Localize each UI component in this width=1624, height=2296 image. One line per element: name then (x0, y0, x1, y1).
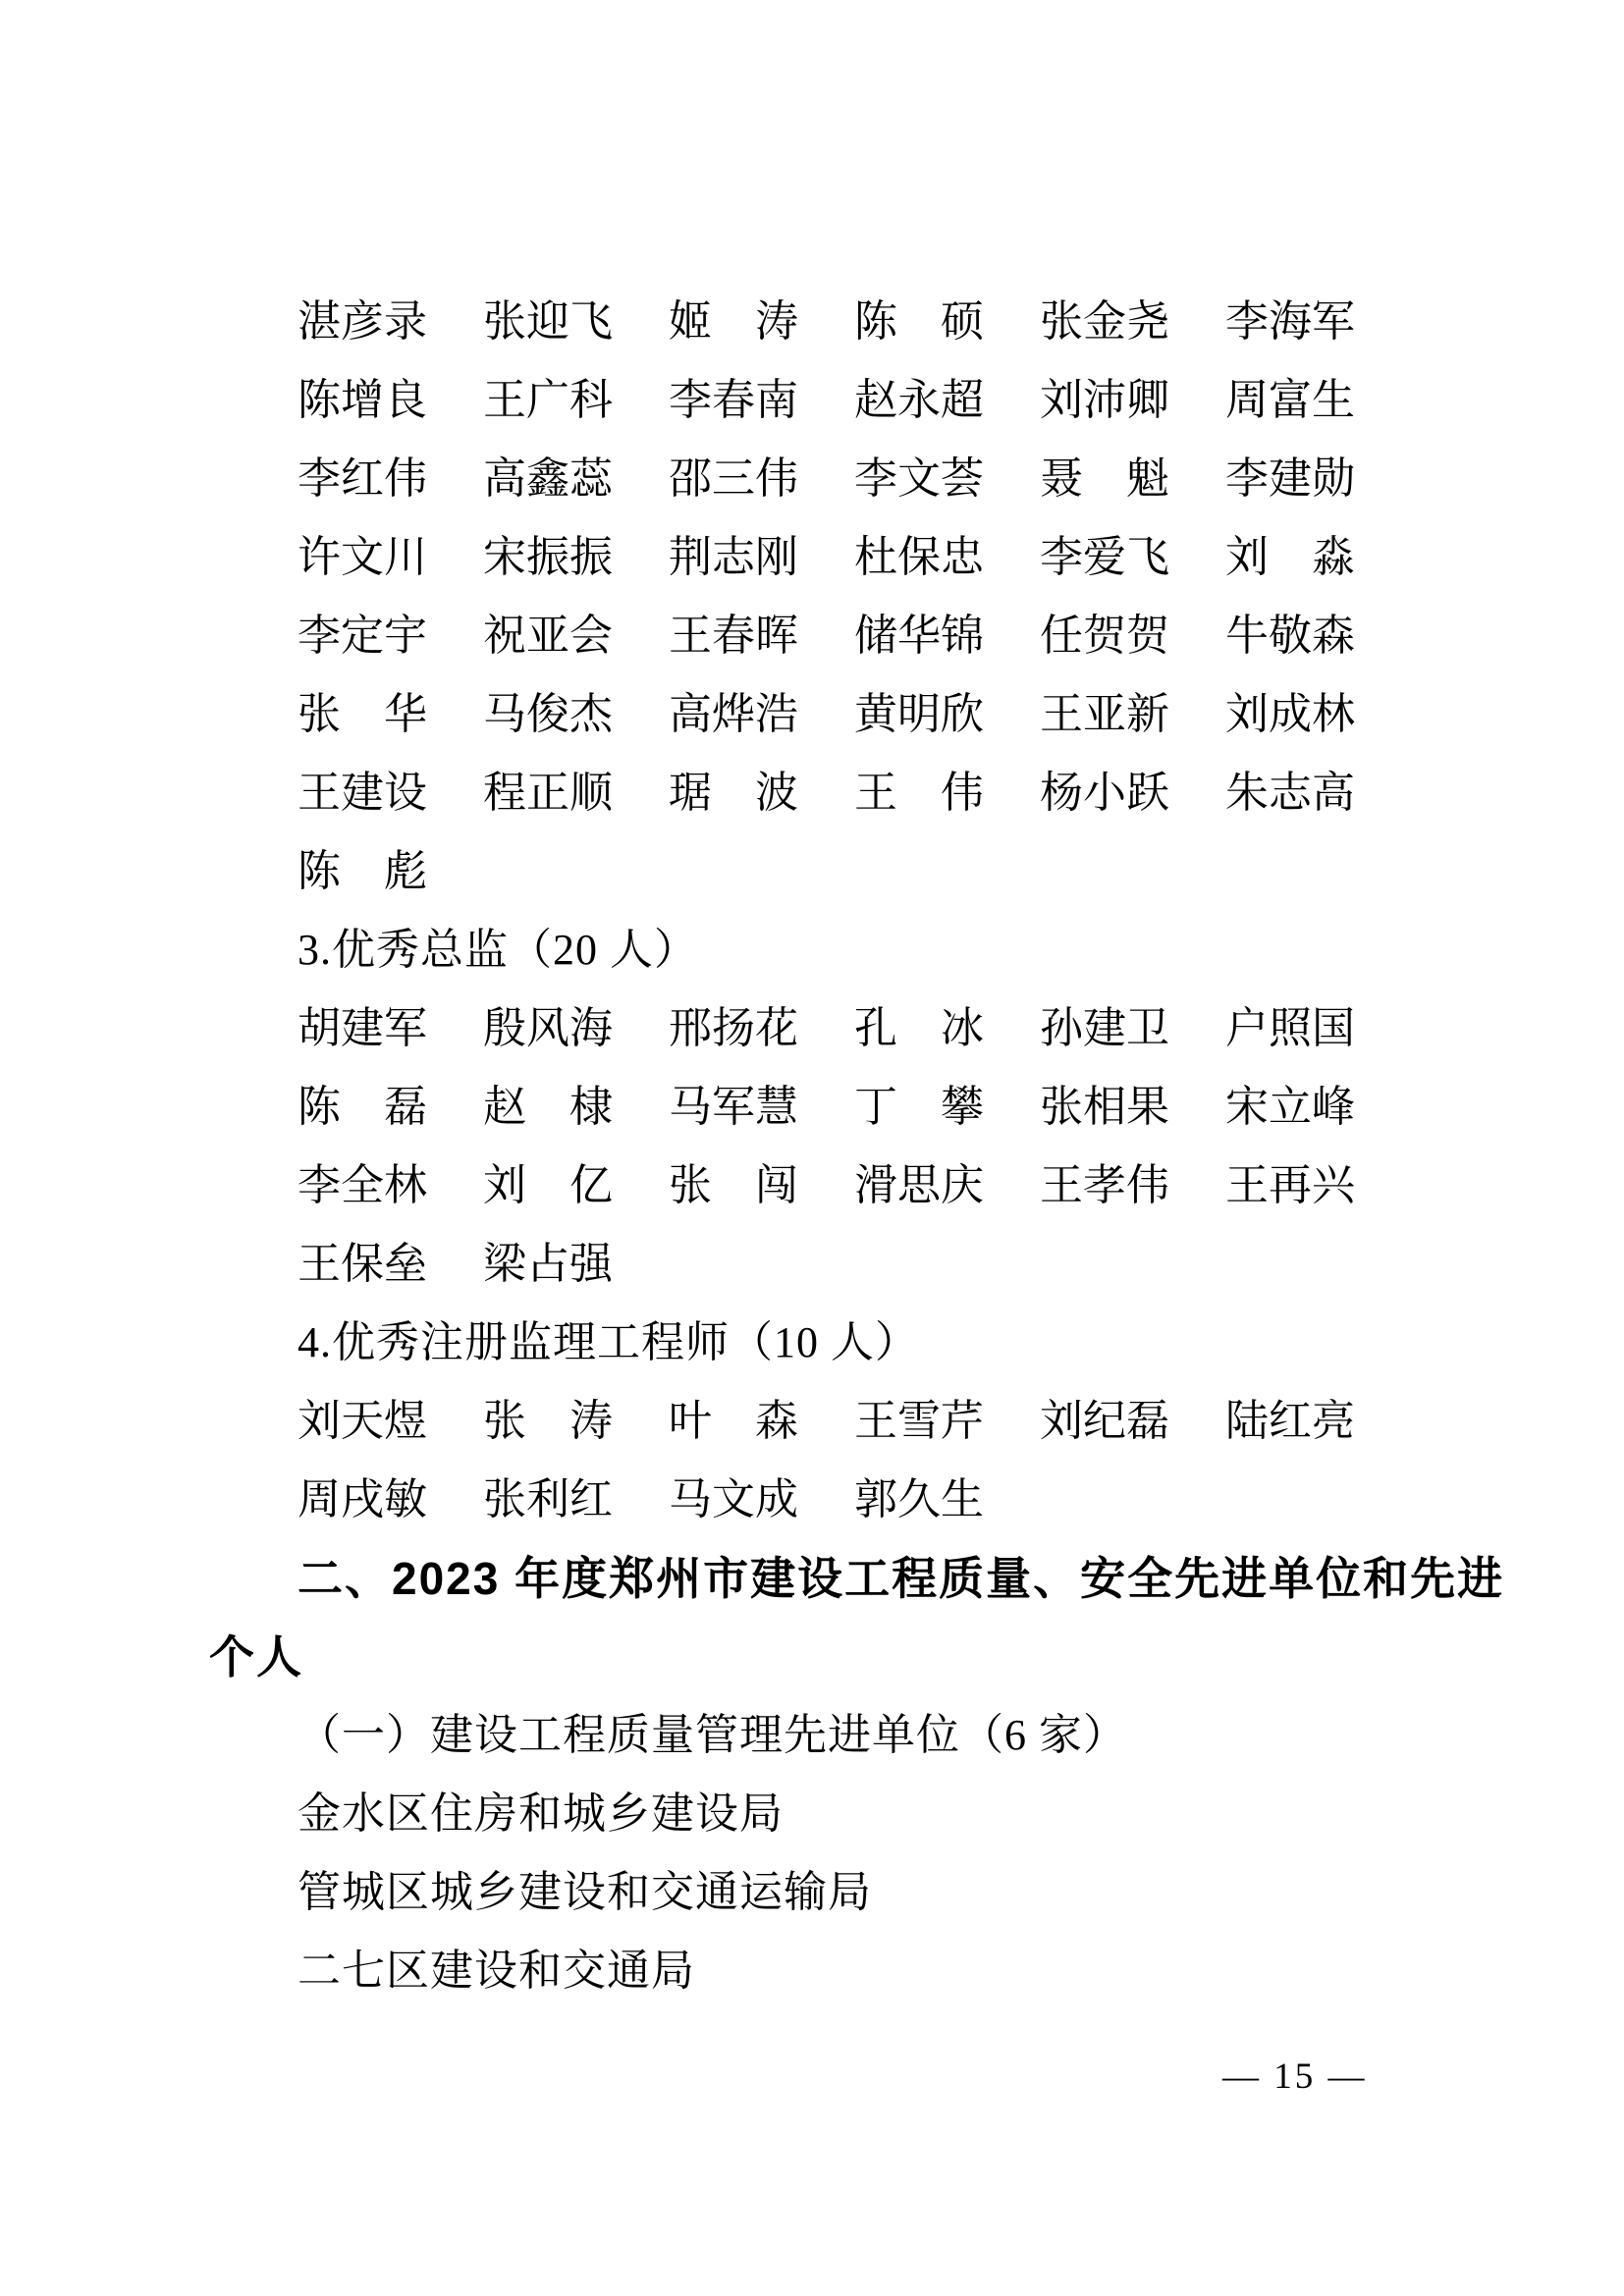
name-row: 张 华 马俊杰 高烨浩 黄明欣 王亚新 刘成林 (209, 675, 1428, 754)
name-row: 李全林 刘 亿 张 闯 滑思庆 王孝伟 王再兴 (209, 1147, 1428, 1225)
person-name: 王保垒 (298, 1225, 435, 1304)
person-name: 宋振振 (483, 518, 621, 597)
section-two-heading-line2: 个人 (209, 1618, 1428, 1696)
person-name: 张 华 (298, 675, 435, 754)
name-row: 湛彦录 张迎飞 姬 涛 陈 硕 张金尧 李海军 (209, 283, 1428, 361)
person-name: 高烨浩 (669, 675, 806, 754)
person-name: 孙建卫 (1040, 989, 1177, 1068)
name-row: 王建设 程正顺 琚 波 王 伟 杨小跃 朱志高 (209, 754, 1428, 832)
person-name: 马俊杰 (483, 675, 621, 754)
person-name: 琚 波 (669, 754, 806, 832)
person-name: 荆志刚 (669, 518, 806, 597)
person-name: 王亚新 (1040, 675, 1177, 754)
person-name: 陈 磊 (298, 1068, 435, 1147)
person-name: 王雪芹 (854, 1382, 992, 1461)
person-name: 刘天煜 (298, 1382, 435, 1461)
section-two-heading-line1: 二、2023 年度郑州市建设工程质量、安全先进单位和先进 (209, 1539, 1428, 1618)
section-heading-registered-engineers: 4.优秀注册监理工程师（10 人） (209, 1304, 1428, 1382)
person-name: 李文荟 (854, 440, 992, 518)
person-name: 牛敬森 (1225, 597, 1363, 675)
person-name: 储华锦 (854, 597, 992, 675)
person-name: 张 涛 (483, 1382, 621, 1461)
person-name: 赵 棣 (483, 1068, 621, 1147)
person-name: 陈 硕 (854, 283, 992, 361)
person-name: 刘纪磊 (1040, 1382, 1177, 1461)
person-name: 祝亚会 (483, 597, 621, 675)
name-row: 王保垒 梁占强 (209, 1225, 1428, 1304)
person-name: 赵永超 (854, 361, 992, 440)
person-name: 杨小跃 (1040, 754, 1177, 832)
person-name: 郭久生 (854, 1461, 992, 1539)
person-name: 邢扬花 (669, 989, 806, 1068)
person-name: 张迎飞 (483, 283, 621, 361)
subsection-heading-quality-units: （一）建设工程质量管理先进单位（6 家） (209, 1696, 1428, 1775)
name-row: 陈 彪 (209, 832, 1428, 911)
person-name: 孔 冰 (854, 989, 992, 1068)
person-name: 户照国 (1225, 989, 1363, 1068)
person-name: 叶 森 (669, 1382, 806, 1461)
person-name: 宋立峰 (1225, 1068, 1363, 1147)
person-name: 李海军 (1225, 283, 1363, 361)
person-name: 张 闯 (669, 1147, 806, 1225)
person-name: 丁 攀 (854, 1068, 992, 1147)
person-name: 马军慧 (669, 1068, 806, 1147)
person-name: 刘成林 (1225, 675, 1363, 754)
person-name: 李红伟 (298, 440, 435, 518)
person-name: 马文成 (669, 1461, 806, 1539)
name-row: 陈 磊 赵 棣 马军慧 丁 攀 张相果 宋立峰 (209, 1068, 1428, 1147)
person-name: 李全林 (298, 1147, 435, 1225)
person-name: 张利红 (483, 1461, 621, 1539)
person-name: 周富生 (1225, 361, 1363, 440)
person-name: 许文川 (298, 518, 435, 597)
person-name: 王孝伟 (1040, 1147, 1177, 1225)
person-name: 王春晖 (669, 597, 806, 675)
name-row: 周戌敏 张利红 马文成 郭久生 (209, 1461, 1428, 1539)
section-heading-chief-supervisors: 3.优秀总监（20 人） (209, 911, 1428, 989)
person-name: 殷风海 (483, 989, 621, 1068)
person-name: 姬 涛 (669, 283, 806, 361)
name-row: 许文川 宋振振 荆志刚 杜保忠 李爱飞 刘 淼 (209, 518, 1428, 597)
person-name: 滑思庆 (854, 1147, 992, 1225)
unit-name: 管城区城乡建设和交通运输局 (209, 1853, 1428, 1932)
name-row: 李红伟 高鑫蕊 邵三伟 李文荟 聂 魁 李建勋 (209, 440, 1428, 518)
person-name: 程正顺 (483, 754, 621, 832)
person-name: 邵三伟 (669, 440, 806, 518)
person-name: 王再兴 (1225, 1147, 1363, 1225)
person-name: 张相果 (1040, 1068, 1177, 1147)
name-row: 刘天煜 张 涛 叶 森 王雪芹 刘纪磊 陆红亮 (209, 1382, 1428, 1461)
name-row: 李定宇 祝亚会 王春晖 储华锦 任贺贺 牛敬森 (209, 597, 1428, 675)
person-name: 李爱飞 (1040, 518, 1177, 597)
person-name: 刘沛卿 (1040, 361, 1177, 440)
unit-name: 二七区建设和交通局 (209, 1932, 1428, 2010)
person-name: 陈增良 (298, 361, 435, 440)
person-name: 梁占强 (483, 1225, 621, 1304)
person-name: 李建勋 (1225, 440, 1363, 518)
person-name: 高鑫蕊 (483, 440, 621, 518)
person-name: 任贺贺 (1040, 597, 1177, 675)
person-name: 王建设 (298, 754, 435, 832)
unit-name: 金水区住房和城乡建设局 (209, 1775, 1428, 1853)
person-name: 王广科 (483, 361, 621, 440)
person-name: 李定宇 (298, 597, 435, 675)
person-name: 杜保忠 (854, 518, 992, 597)
person-name: 刘 亿 (483, 1147, 621, 1225)
person-name: 陆红亮 (1225, 1382, 1363, 1461)
person-name: 张金尧 (1040, 283, 1177, 361)
person-name: 周戌敏 (298, 1461, 435, 1539)
person-name: 聂 魁 (1040, 440, 1177, 518)
person-name: 刘 淼 (1225, 518, 1363, 597)
person-name: 陈 彪 (298, 832, 435, 911)
person-name: 朱志高 (1225, 754, 1363, 832)
person-name: 湛彦录 (298, 283, 435, 361)
document-page: 湛彦录 张迎飞 姬 涛 陈 硕 张金尧 李海军 陈增良 王广科 李春南 赵永超 … (0, 0, 1624, 2296)
person-name: 胡建军 (298, 989, 435, 1068)
person-name: 王 伟 (854, 754, 992, 832)
page-number: — 15 — (1222, 2056, 1368, 2099)
name-row: 陈增良 王广科 李春南 赵永超 刘沛卿 周富生 (209, 361, 1428, 440)
person-name: 黄明欣 (854, 675, 992, 754)
person-name: 李春南 (669, 361, 806, 440)
name-row: 胡建军 殷风海 邢扬花 孔 冰 孙建卫 户照国 (209, 989, 1428, 1068)
